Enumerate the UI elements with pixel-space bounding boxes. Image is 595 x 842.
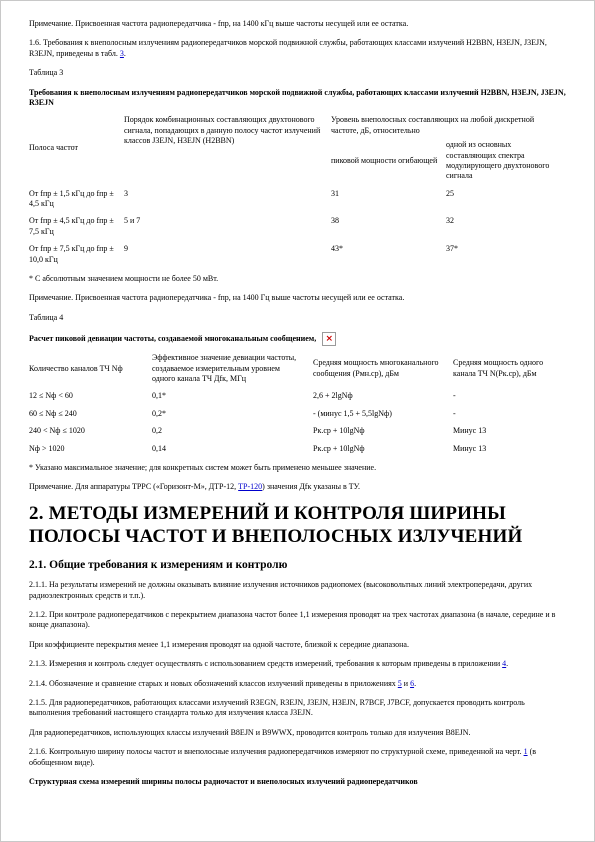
cell-avg-power: Рк.ср + 10lgNф <box>313 444 453 461</box>
cell-avg-power: Рк.ср + 10lgNф <box>313 426 453 443</box>
cell-channels: Nф > 1020 <box>29 444 152 461</box>
paragraph-2-1-3: 2.1.3. Измерения и контроль следует осущ… <box>29 659 567 669</box>
table-row: Nф > 1020 0,14 Рк.ср + 10lgNф Минус 13 <box>29 444 569 461</box>
paragraph-2-1-2b: При коэффициенте перекрытия менее 1,1 из… <box>29 640 567 650</box>
section2-heading: 2. МЕТОДЫ ИЗМЕРЕНИЙ И КОНТРОЛЯ ШИРИНЫ ПО… <box>29 502 567 550</box>
paragraph-2-1-3-after: . <box>506 659 508 668</box>
paragraph-1-6: 1.6. Требования к внеполосным излучениям… <box>29 38 567 59</box>
table4-title-text: Расчет пиковой девиации частоты, создава… <box>29 334 316 343</box>
note-top: Примечание. Присвоенная частота радиопер… <box>29 19 567 29</box>
table4-header-channel-power: Средняя мощность одного канала ТЧ N(Рк.с… <box>453 353 569 391</box>
cell-band: От fпр ± 4,5 кГц до fпр ± 7,5 кГц <box>29 216 124 244</box>
document-page: Примечание. Присвоенная частота радиопер… <box>0 0 595 842</box>
cell-channels: 240 < Nф ≤ 1020 <box>29 426 152 443</box>
cell-deviation: 0,2* <box>152 409 313 426</box>
table3-title: Требования к внеполосным излучениям ради… <box>29 88 567 109</box>
cell-peak: 38 <box>331 216 446 244</box>
cell-avg-power: - (минус 1,5 + 5,5lgNф) <box>313 409 453 426</box>
table4-header-avg-power: Средняя мощность многоканального сообщен… <box>313 353 453 391</box>
table-row: От fпр ± 1,5 кГц до fпр ± 4,5 кГц 3 31 2… <box>29 189 569 217</box>
note-after-table4-after: ) значения Дfк указаны в ТУ. <box>262 482 360 491</box>
cell-component: 32 <box>446 216 569 244</box>
cell-channel-power: Минус 13 <box>453 426 569 443</box>
table4: Количество каналов ТЧ Nф Эффективное зна… <box>29 353 569 461</box>
cell-band: От fпр ± 1,5 кГц до fпр ± 4,5 кГц <box>29 189 124 217</box>
table3-header-component: одной из основных составляющих спектра м… <box>446 140 569 189</box>
note-after-table4: Примечание. Для аппаратуры ТРРС («Горизо… <box>29 482 567 492</box>
table3-header-band: Полоса частот <box>29 115 124 188</box>
broken-image-icon: × <box>322 332 336 346</box>
cell-band: От fпр ± 7,5 кГц до fпр ± 10,0 кГц <box>29 244 124 272</box>
table4-header-row: Количество каналов ТЧ Nф Эффективное зна… <box>29 353 569 391</box>
paragraph-1-6-text: 1.6. Требования к внеполосным излучениям… <box>29 38 547 57</box>
section21-heading: 2.1. Общие требования к измерениям и кон… <box>29 559 567 571</box>
cell-order: 9 <box>124 244 331 272</box>
table3-header-level-group: Уровень внеполосных составляющих на любо… <box>331 115 569 140</box>
cell-deviation: 0,2 <box>152 426 313 443</box>
cell-deviation: 0,14 <box>152 444 313 461</box>
table3-header-peak: пиковой мощности огибающей <box>331 140 446 189</box>
table-row: 240 < Nф ≤ 1020 0,2 Рк.ср + 10lgNф Минус… <box>29 426 569 443</box>
cell-channel-power: - <box>453 409 569 426</box>
table3-header-row: Полоса частот Порядок комбинационных сос… <box>29 115 569 140</box>
table3-label: Таблица 3 <box>29 68 567 78</box>
table-row: 60 ≤ Nф ≤ 240 0,2* - (минус 1,5 + 5,5lgN… <box>29 409 569 426</box>
table-row: От fпр ± 7,5 кГц до fпр ± 10,0 кГц 9 43*… <box>29 244 569 272</box>
table4-title: Расчет пиковой девиации частоты, создава… <box>29 332 567 346</box>
cell-peak: 31 <box>331 189 446 217</box>
table-row: 12 ≤ Nф < 60 0,1* 2,6 + 2lgNф - <box>29 391 569 408</box>
table-row: От fпр ± 4,5 кГц до fпр ± 7,5 кГц 5 и 7 … <box>29 216 569 244</box>
paragraph-2-1-6: 2.1.6. Контрольную ширину полосы частот … <box>29 747 567 768</box>
paragraph-2-1-1: 2.1.1. На результаты измерений не должны… <box>29 580 567 601</box>
table3-header-order: Порядок комбинационных составляющих двух… <box>124 115 331 188</box>
scheme-caption: Структурная схема измерений ширины полос… <box>29 777 567 787</box>
cell-channel-power: Минус 13 <box>453 444 569 461</box>
table4-label: Таблица 4 <box>29 313 567 323</box>
paragraph-1-6-after: . <box>124 49 126 58</box>
cell-order: 3 <box>124 189 331 217</box>
note-after-table3: Примечание. Присвоенная частота радиопер… <box>29 293 567 303</box>
cell-component: 37* <box>446 244 569 272</box>
cell-channels: 60 ≤ Nф ≤ 240 <box>29 409 152 426</box>
table4-footnote: * Указано максимальное значение; для кон… <box>29 463 567 473</box>
cell-component: 25 <box>446 189 569 217</box>
paragraph-2-1-6-text: 2.1.6. Контрольную ширину полосы частот … <box>29 747 524 756</box>
paragraph-2-1-3-text: 2.1.3. Измерения и контроль следует осущ… <box>29 659 502 668</box>
cell-avg-power: 2,6 + 2lgNф <box>313 391 453 408</box>
note-after-table4-text: Примечание. Для аппаратуры ТРРС («Горизо… <box>29 482 238 491</box>
table4-header-channels: Количество каналов ТЧ Nф <box>29 353 152 391</box>
cell-peak: 43* <box>331 244 446 272</box>
table3: Полоса частот Порядок комбинационных сос… <box>29 115 569 272</box>
table4-header-deviation: Эффективное значение девиации частоты, с… <box>152 353 313 391</box>
paragraph-2-1-4: 2.1.4. Обозначение и сравнение старых и … <box>29 679 567 689</box>
table3-footnote: * С абсолютным значением мощности не бол… <box>29 274 567 284</box>
cell-order: 5 и 7 <box>124 216 331 244</box>
cell-channel-power: - <box>453 391 569 408</box>
paragraph-2-1-4-mid: и <box>402 679 410 688</box>
paragraph-2-1-2: 2.1.2. При контроле радиопередатчиков с … <box>29 610 567 631</box>
paragraph-2-1-4-after: . <box>414 679 416 688</box>
cell-channels: 12 ≤ Nф < 60 <box>29 391 152 408</box>
paragraph-2-1-5b: Для радиопередатчиков, использующих клас… <box>29 728 567 738</box>
cell-deviation: 0,1* <box>152 391 313 408</box>
paragraph-2-1-4-text: 2.1.4. Обозначение и сравнение старых и … <box>29 679 398 688</box>
tr120-link[interactable]: ТР-120 <box>238 482 262 491</box>
paragraph-2-1-5: 2.1.5. Для радиопередатчиков, работающих… <box>29 698 567 719</box>
